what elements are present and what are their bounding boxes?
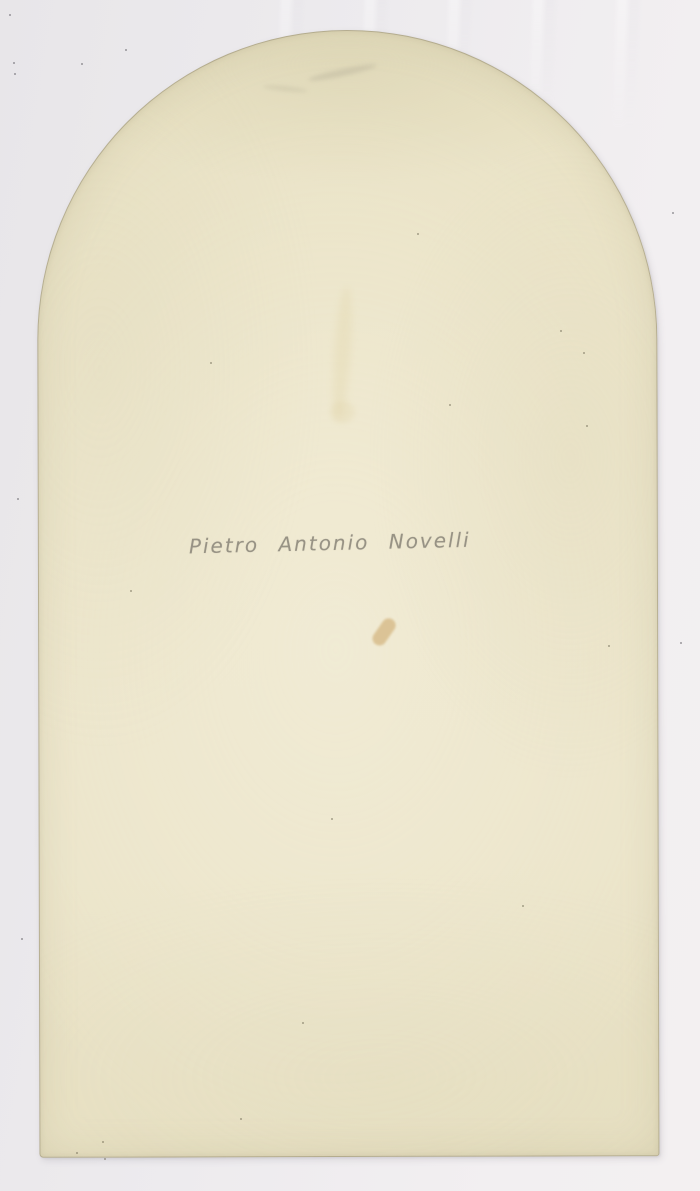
paper-fleck — [210, 362, 212, 364]
paper-fleck — [583, 352, 585, 354]
paper-fleck — [104, 1158, 106, 1160]
dust-speck — [14, 73, 16, 75]
dust-speck — [9, 14, 11, 16]
dust-speck — [125, 49, 127, 51]
paper-fleck — [102, 1141, 104, 1143]
stain-mark — [370, 616, 399, 649]
pencil-smudge — [263, 84, 308, 94]
dust-speck — [672, 212, 674, 214]
discoloration-blob — [330, 401, 354, 423]
paper-fleck — [130, 590, 132, 592]
paper-fleck — [302, 1022, 304, 1024]
paper-fleck — [522, 905, 524, 907]
paper-fleck — [449, 404, 451, 406]
paper-fleck — [560, 330, 562, 332]
paper-fleck — [240, 1118, 242, 1120]
paper-fleck — [608, 645, 610, 647]
paper-fleck — [417, 233, 419, 235]
paper-fleck — [76, 1152, 78, 1154]
paper-fleck — [331, 818, 333, 820]
artist-attribution-inscription: Pietro Antonio Novelli — [189, 528, 471, 559]
pencil-smudge — [308, 62, 378, 84]
paper-fleck — [586, 425, 588, 427]
photo-backdrop: Pietro Antonio Novelli — [0, 0, 700, 1191]
dust-speck — [680, 642, 682, 644]
dust-speck — [13, 62, 15, 64]
dust-speck — [81, 63, 83, 65]
dust-speck — [21, 938, 23, 940]
arched-paper-sheet-verso: Pietro Antonio Novelli — [37, 29, 660, 1158]
dust-speck — [17, 498, 19, 500]
